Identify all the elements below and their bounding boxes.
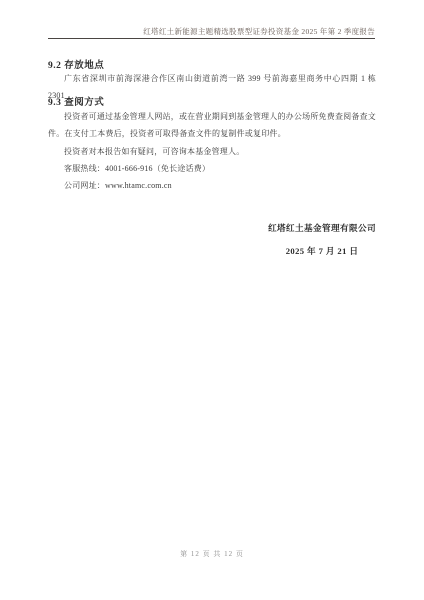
header-divider [48,38,375,39]
page-header-title: 红塔红土新能源主题精选股票型证券投资基金 2025 年第 2 季度报告 [48,26,375,37]
page-number-footer: 第 12 页 共 12 页 [0,549,424,559]
section-heading-9-2: 9.2 存放地点 [48,57,104,71]
section-heading-9-3: 9.3 查阅方式 [48,94,104,108]
website-line: 公司网址：www.htamc.com.cn [48,177,376,194]
signature-block: 红塔红土基金管理有限公司 2025 年 7 月 21 日 [268,222,376,257]
report-date: 2025 年 7 月 21 日 [268,245,376,257]
hotline-line: 客服热线：4001-666-916（免长途话费） [48,160,376,177]
inspection-method-paragraph: 投资者可通过基金管理人网站，或在营业期间到基金管理人的办公场所免费查阅备查文件。… [48,108,376,142]
company-name: 红塔红土基金管理有限公司 [268,222,376,234]
report-page: 红塔红土新能源主题精选股票型证券投资基金 2025 年第 2 季度报告 9.2 … [0,0,424,600]
inquiry-paragraph: 投资者对本报告如有疑问，可咨询本基金管理人。 [48,143,376,160]
